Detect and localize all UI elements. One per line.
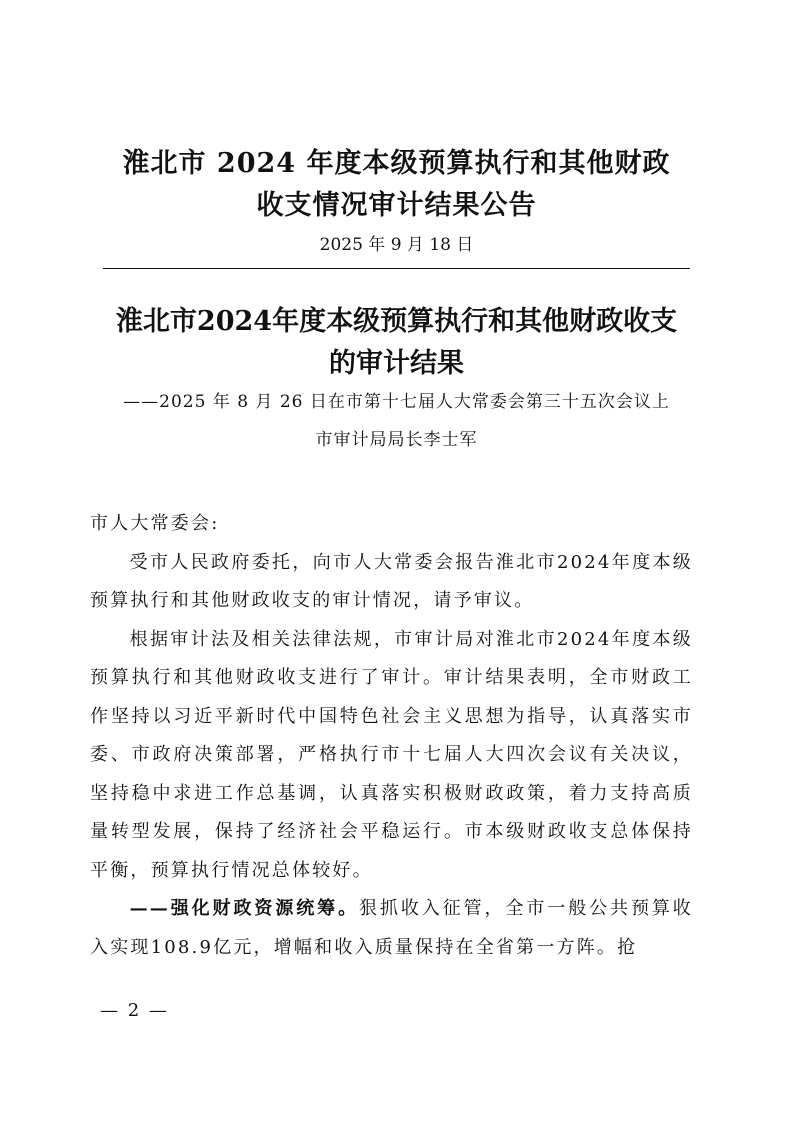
document-page: 淮北市 2024 年度本级预算执行和其他财政 收支情况审计结果公告 2025 年…	[0, 0, 793, 1122]
report-title-line1: 淮北市2024年度本级预算执行和其他财政收支	[95, 300, 698, 344]
notice-title-line2: 收支情况审计结果公告	[100, 184, 693, 228]
report-body: 市人大常委会: 受市人民政府委托，向市人大常委会报告淮北市2024年度本级预算执…	[90, 505, 693, 967]
salutation: 市人大常委会:	[90, 505, 693, 544]
speaker-line2: 市审计局局长李士军	[95, 422, 698, 458]
notice-title-line1: 淮北市 2024 年度本级预算执行和其他财政	[100, 142, 693, 186]
highlight-paragraph: ——强化财政资源统筹。狠抓收入征管，全市一般公共预算收入实现108.9亿元，增幅…	[90, 890, 693, 967]
header-divider	[103, 268, 690, 269]
report-title-line2: 的审计结果	[95, 342, 698, 386]
highlight-heading: ——强化财政资源统筹。	[130, 898, 359, 919]
speaker-line1: ——2025 年 8 月 26 日在市第十七届人大常委会第三十五次会议上	[95, 384, 698, 420]
body-paragraph: 受市人民政府委托，向市人大常委会报告淮北市2024年度本级预算执行和其他财政收支…	[90, 544, 693, 621]
page-number: — 2 —	[100, 1000, 169, 1021]
notice-date: 2025 年 9 月 18 日	[100, 230, 693, 255]
body-paragraph: 根据审计法及相关法律法规，市审计局对淮北市2024年度本级预算执行和其他财政收支…	[90, 621, 693, 891]
